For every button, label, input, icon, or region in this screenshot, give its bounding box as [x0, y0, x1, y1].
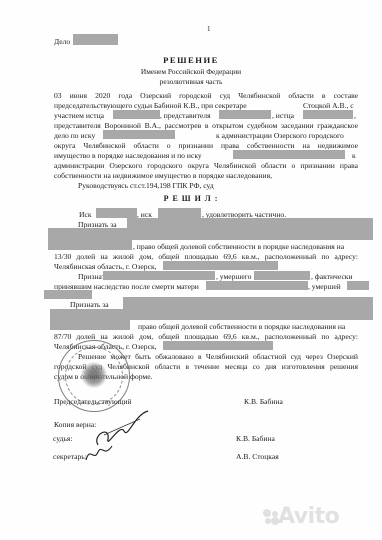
resolution-text: Иск — [79, 210, 92, 219]
intro-line: , истца — [272, 111, 294, 120]
redacted-name — [158, 208, 201, 218]
redacted-date — [44, 290, 92, 299]
document-subtitle-1: Именем Российской Федерации — [0, 67, 382, 76]
intro-line: Стоцкой А.В., с — [303, 101, 354, 110]
signature-secretary-icon — [84, 442, 114, 464]
secretary-label: секретарь: — [53, 452, 87, 461]
resolution-text: , умершего — [216, 272, 251, 281]
document-subtitle-2: резолютивная часть — [0, 77, 382, 86]
intro-line: к администрации Озерского городского — [216, 131, 344, 140]
redacted-name — [206, 281, 308, 290]
judge-name: К.В. Бабина — [236, 434, 275, 443]
resolution-text: Признать за — [70, 300, 109, 309]
redacted-block — [127, 218, 373, 228]
avito-watermark: Avito — [278, 504, 339, 529]
resolution-text: , право общей долевой собственности в по… — [133, 242, 344, 251]
intro-line: председательствующего судьи Бабиной К.В.… — [54, 101, 247, 110]
redacted-name — [303, 110, 353, 119]
resolved-heading: Р Е Ш И Л : — [0, 194, 382, 203]
document-page: 1 Дело РЕШЕНИЕ Именем Российской Федерац… — [0, 0, 382, 540]
intro-line: имущество в порядке наследования и по ис… — [54, 151, 202, 160]
resolution-text: , фактически — [311, 272, 353, 281]
chair-name: К.В. Бабина — [244, 397, 283, 406]
intro-line: представителя Ворониной В.А., рассмотрев… — [54, 121, 358, 130]
redacted-block — [50, 309, 373, 320]
eagle-emblem-icon — [81, 361, 107, 389]
redacted-block — [48, 228, 373, 240]
intro-line: администрации Озерского городского округ… — [54, 161, 358, 170]
redacted-address — [163, 341, 273, 350]
intro-line: округа Челябинской области о признании п… — [54, 141, 358, 150]
intro-line: , представителя — [160, 111, 211, 120]
resolution-text: Челябинская область, г. Озерск, — [54, 262, 157, 271]
redacted-name — [233, 150, 345, 159]
redacted-name — [103, 130, 175, 139]
redacted-block — [48, 240, 132, 250]
page-number: 1 — [207, 25, 211, 34]
redacted-name — [219, 110, 271, 119]
intro-line: Руководствуясь ст.ст.194,198 ГПК РФ, суд — [78, 181, 214, 190]
redacted-name — [103, 271, 215, 280]
intro-line: к — [352, 151, 356, 160]
redacted-block — [123, 297, 373, 309]
resolution-text: 13/30 долей на жилой дом, общей площадью… — [54, 252, 358, 261]
intro-line: , — [354, 111, 356, 120]
redacted-case-number — [73, 34, 118, 45]
intro-line: участием истца — [54, 111, 104, 120]
judge-label: судья: — [53, 434, 73, 443]
redacted-block — [50, 320, 130, 330]
redacted-date — [254, 271, 310, 280]
resolution-text: право общей долевой собственности в поря… — [138, 322, 345, 331]
redacted-name — [96, 208, 137, 218]
redacted-name — [113, 110, 160, 119]
secretary-name: А.В. Стоцкая — [236, 452, 279, 461]
intro-line: 03 июня 2020 года Озерский городской суд… — [54, 91, 358, 100]
document-title: РЕШЕНИЕ — [0, 56, 382, 65]
intro-line: дело по иску — [54, 131, 95, 140]
case-label: Дело — [54, 37, 70, 46]
resolution-text: , умершей — [308, 282, 341, 291]
redacted-address — [163, 261, 278, 270]
intro-line: собственности на недвижимое имущество в … — [54, 171, 272, 180]
redacted-date — [347, 281, 369, 290]
